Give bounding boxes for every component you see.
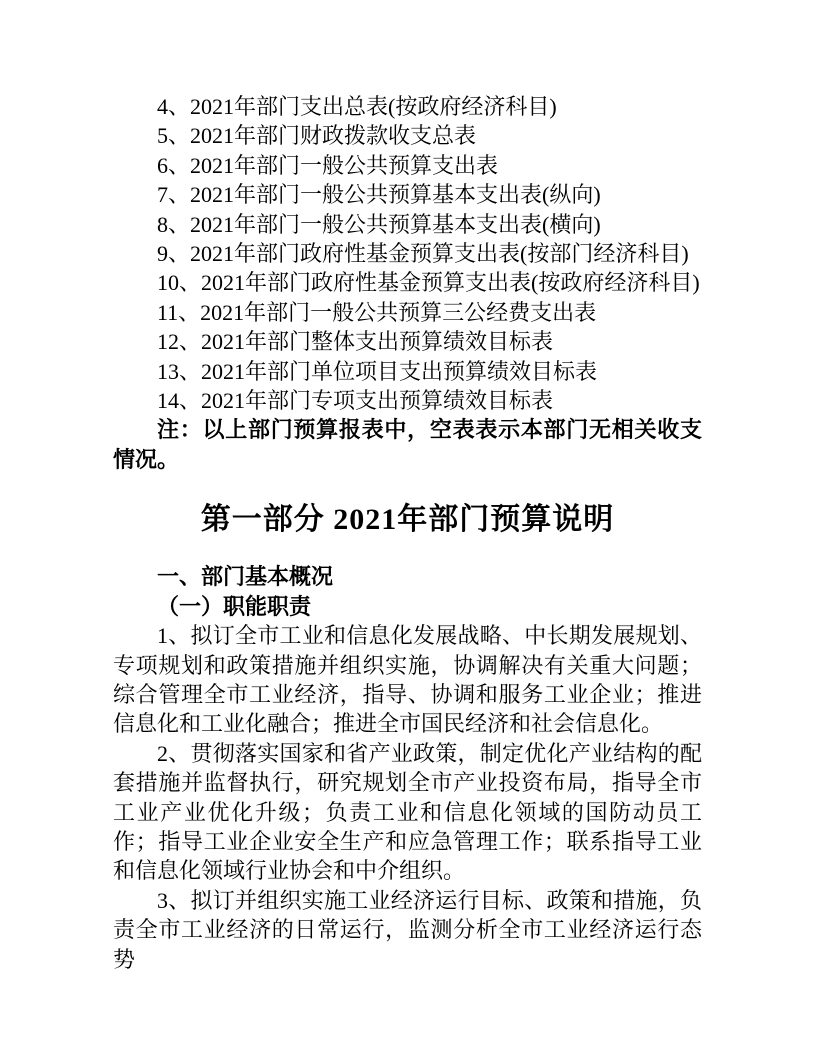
note-paragraph: 注：以上部门预算报表中，空表表示本部门无相关收支情况。 <box>113 415 702 474</box>
document-page: 4、2021年部门支出总表(按政府经济科目) 5、2021年部门财政拨款收支总表… <box>0 0 815 1055</box>
toc-item-8: 8、2021年部门一般公共预算基本支出表(横向) <box>113 210 702 239</box>
toc-item-4: 4、2021年部门支出总表(按政府经济科目) <box>113 92 702 121</box>
subsection-heading-overview: 一、部门基本概况 <box>113 562 702 591</box>
toc-item-7: 7、2021年部门一般公共预算基本支出表(纵向) <box>113 180 702 209</box>
body-paragraph-1: 1、拟订全市工业和信息化发展战略、中长期发展规划、专项规划和政策措施并组织实施，… <box>113 621 702 739</box>
toc-item-11: 11、2021年部门一般公共预算三公经费支出表 <box>113 298 702 327</box>
toc-item-12: 12、2021年部门整体支出预算绩效目标表 <box>113 327 702 356</box>
toc-item-9: 9、2021年部门政府性基金预算支出表(按部门经济科目) <box>113 239 702 268</box>
toc-item-10: 10、2021年部门政府性基金预算支出表(按政府经济科目) <box>113 268 702 297</box>
subsection-heading-duties: （一）职能职责 <box>113 592 702 621</box>
toc-item-14: 14、2021年部门专项支出预算绩效目标表 <box>113 386 702 415</box>
toc-item-6: 6、2021年部门一般公共预算支出表 <box>113 151 702 180</box>
section-title: 第一部分 2021年部门预算说明 <box>113 500 702 540</box>
document-content: 4、2021年部门支出总表(按政府经济科目) 5、2021年部门财政拨款收支总表… <box>0 0 815 974</box>
toc-item-13: 13、2021年部门单位项目支出预算绩效目标表 <box>113 357 702 386</box>
toc-item-5: 5、2021年部门财政拨款收支总表 <box>113 121 702 150</box>
body-paragraph-3: 3、拟订并组织实施工业经济运行目标、政策和措施，负责全市工业经济的日常运行，监测… <box>113 886 702 974</box>
body-paragraph-2: 2、贯彻落实国家和省产业政策，制定优化产业结构的配套措施并监督执行，研究规划全市… <box>113 739 702 886</box>
